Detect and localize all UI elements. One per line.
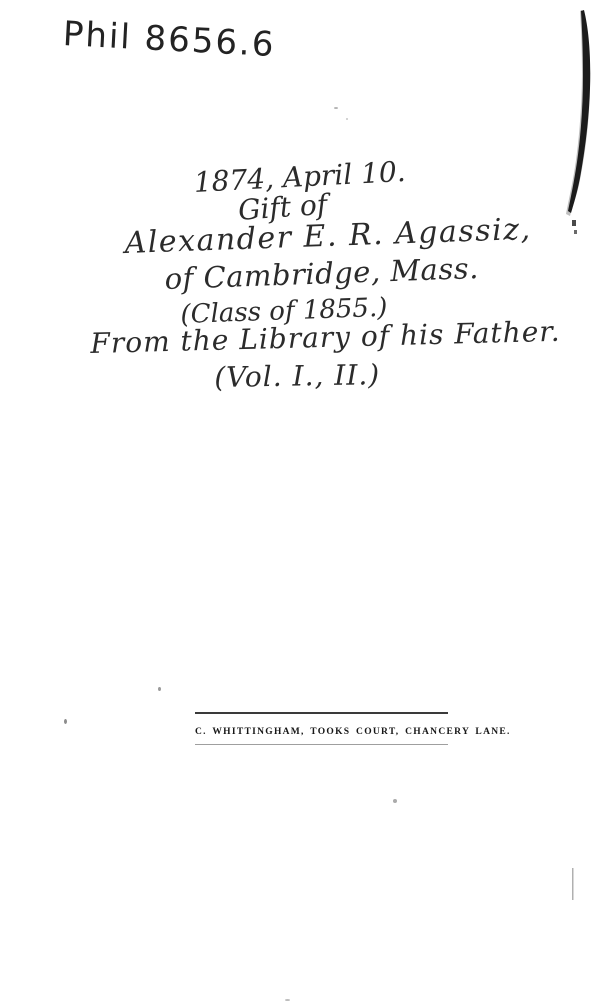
scan-speck [158,687,161,691]
binding-shadow-streak [560,0,600,1003]
inscription-volumes-line: (Vol. I., II.) [214,358,380,394]
printer-imprint-text: C. WHITTINGHAM, TOOKS COURT, CHANCERY LA… [195,727,511,737]
inscription-provenance-line: From the Library of his Father. [90,315,561,360]
scanned-book-page: Phil 8656.6 1874, April 10. Gift of Alex… [0,0,600,1003]
scan-speck [64,719,67,724]
scan-speck [285,999,290,1001]
library-call-number: Phil 8656.6 [62,14,277,65]
scan-speck [393,799,397,803]
scan-speck [346,118,348,120]
printer-imprint-block: C. WHITTINGHAM, TOOKS COURT, CHANCERY LA… [195,712,448,745]
scan-speck [334,107,338,109]
